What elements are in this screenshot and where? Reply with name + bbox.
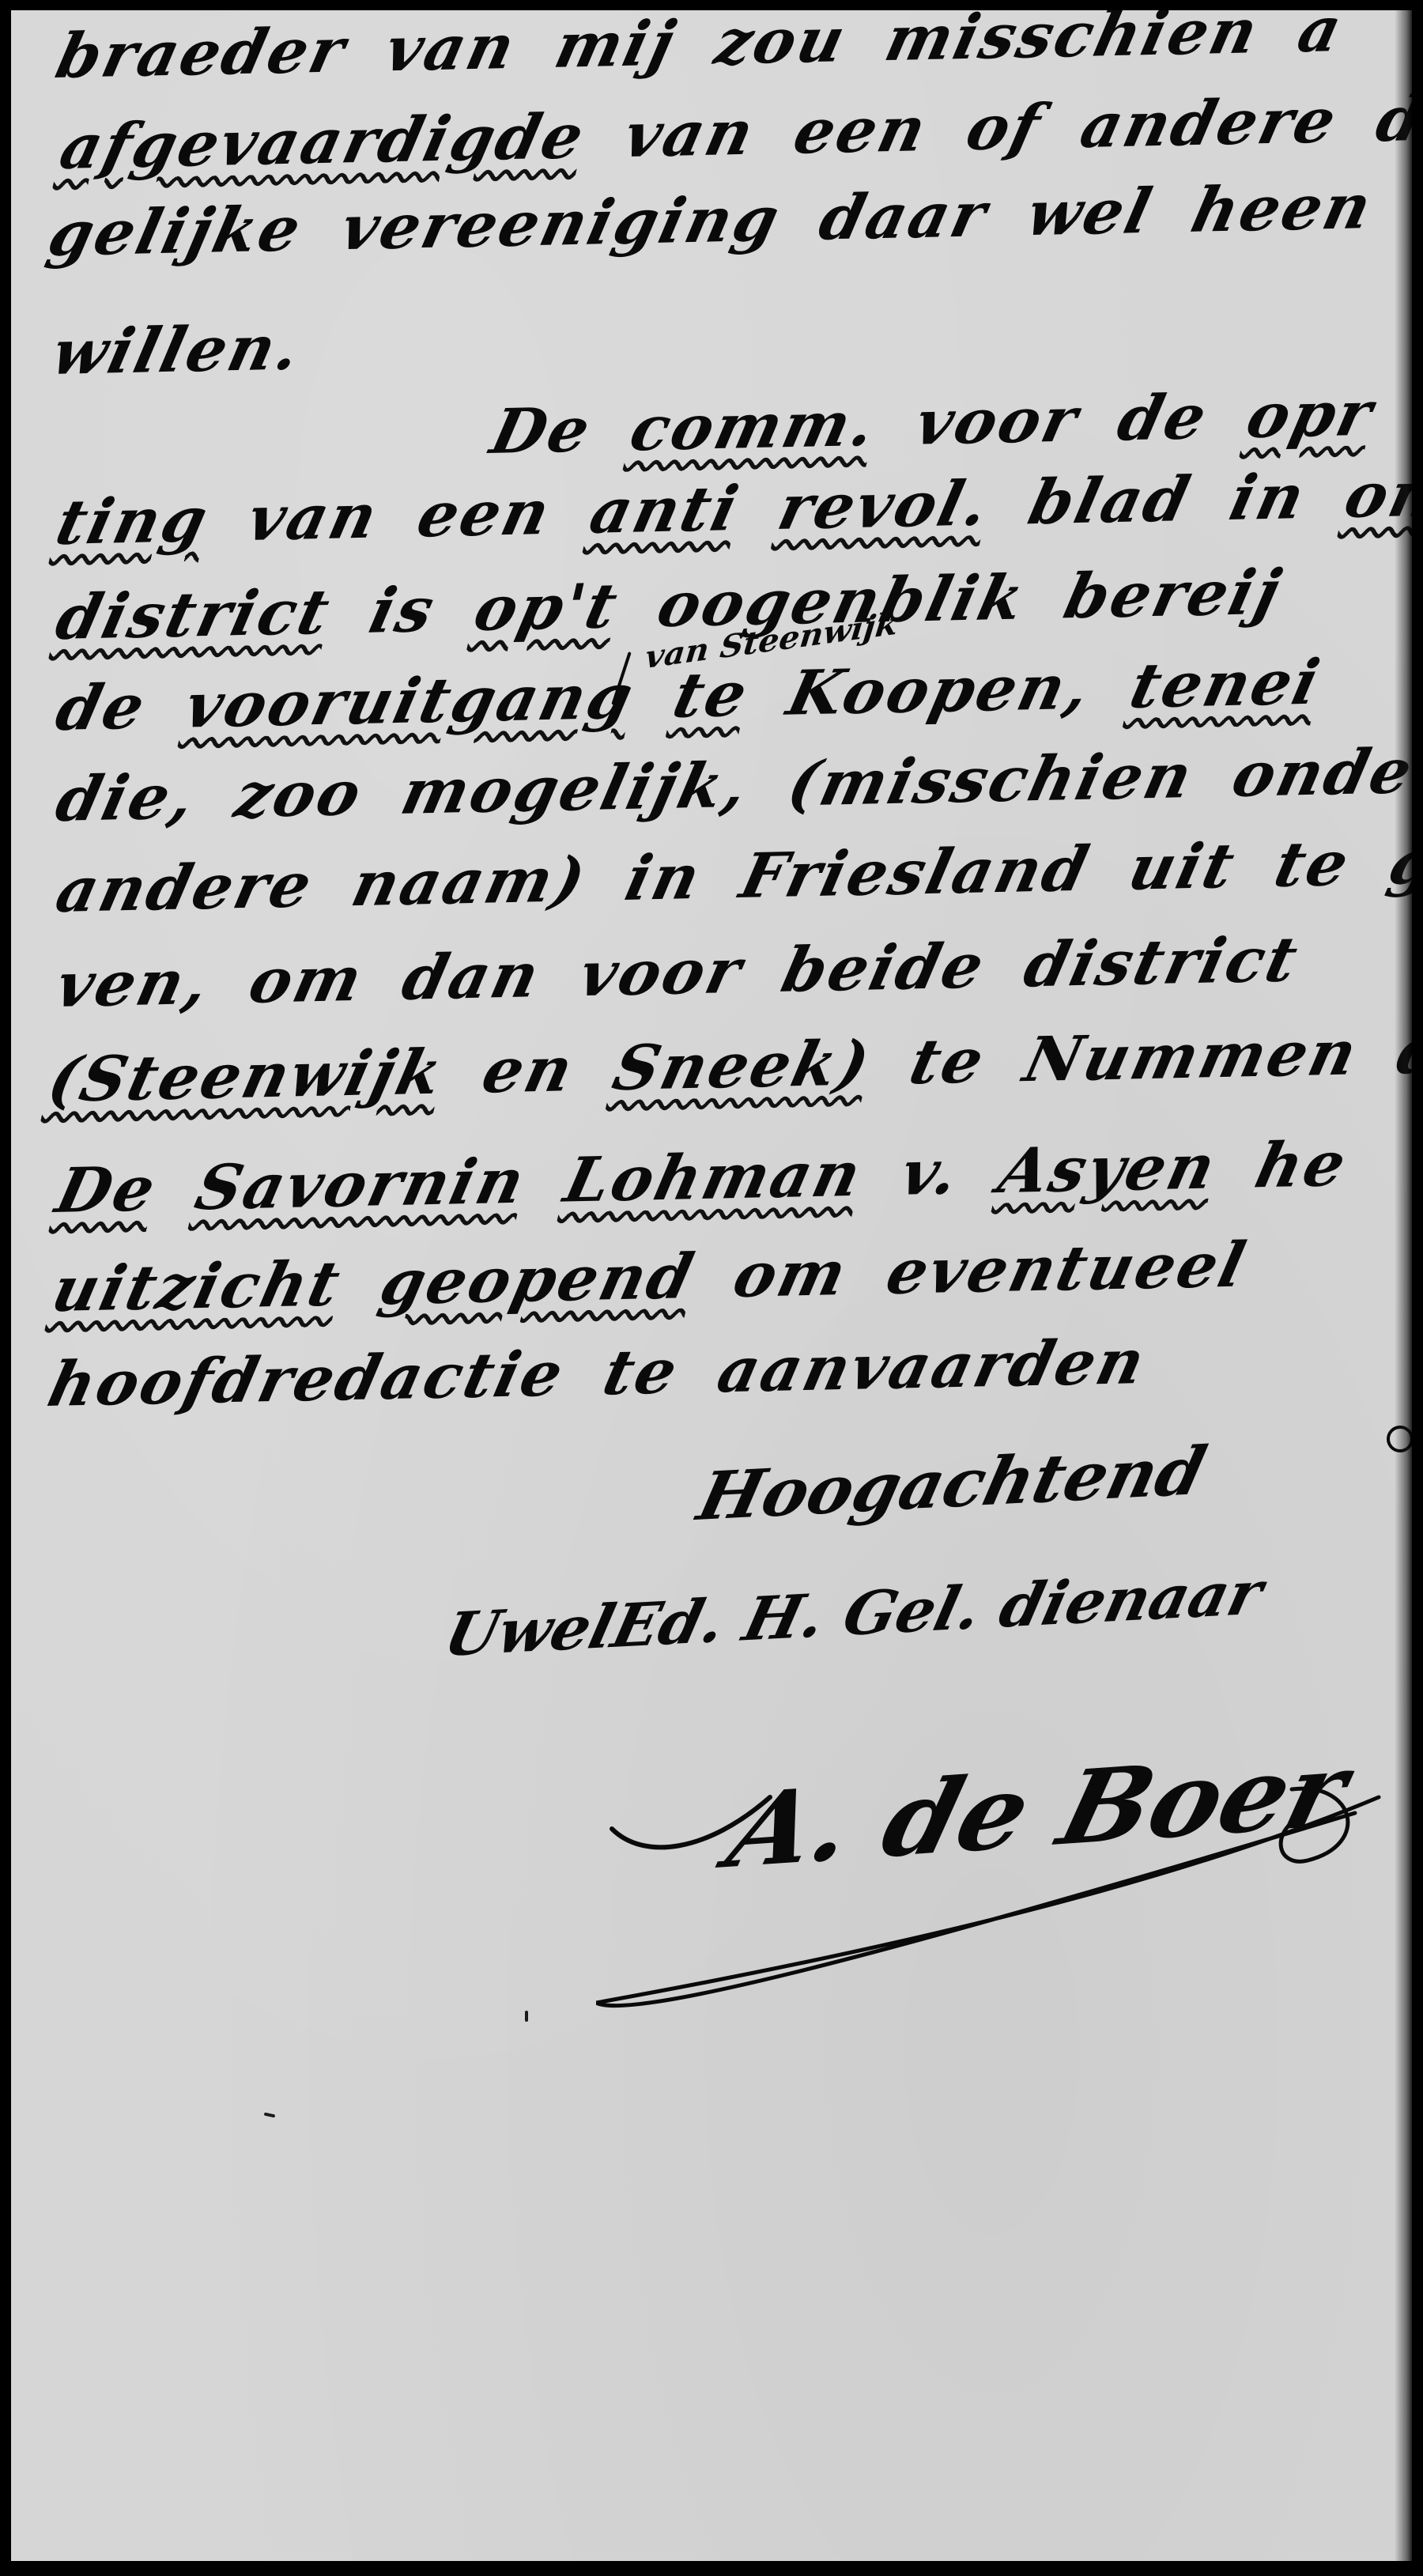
letter-line-14: uitzicht geopend om eventueel [47,1234,1270,1321]
word: onder [1227,740,1412,806]
letter-line-3: gelijke vereeniging daar wel heen [43,176,1396,266]
word-underlined: tenei [1125,652,1327,718]
word: naam) [346,849,593,916]
word: Nummen [1018,1023,1364,1092]
letter-line-8: de vooruitgang te Koopen, tenei [51,652,1344,740]
word: andere [51,855,319,922]
word-underlined: Asyen [993,1136,1222,1203]
word: De [485,399,598,463]
word-underlined: De [51,1158,163,1222]
word-underlined: uitzicht [47,1253,347,1321]
word: de [51,677,153,740]
word-underlined: Sneek) [607,1033,877,1100]
letter-line-1: braeder van mij zou misschien a [51,10,1367,88]
word: ven, [51,952,217,1017]
word: Koopen, [782,657,1097,725]
word: in [620,847,708,910]
word: in [1225,466,1312,530]
word: district [1019,929,1305,996]
word: willen. [47,318,308,384]
word: bereij [1059,562,1288,629]
word-underlined: district [51,582,337,649]
word: a [1293,10,1349,62]
scan-speck [525,2011,528,2022]
word: mij [549,13,682,77]
letter-line-11: ven, om dan voor beide district [51,929,1323,1017]
word: vereeniging [335,189,787,260]
word: een [788,99,934,163]
word: van [618,103,761,167]
word: zou [710,10,853,74]
word: aanvaarden [712,1331,1153,1402]
word: braeder [51,20,353,88]
word: Friesland [734,839,1096,908]
letter-line-6: ting van een anti revol. blad in ons [51,463,1412,554]
word: te [598,1341,685,1404]
word: mogelijk, [396,755,755,824]
word-underlined: anti [584,478,745,543]
letter-line-2: afgevaardigde van een of andere d [55,89,1412,179]
letter-line-12: (Steenwijk en Sneek) te Nummen di [43,1020,1412,1112]
word: misschien [880,10,1265,70]
letter-line-13: De Savornin Lohman v. Asyen he [51,1134,1371,1222]
word: di [1391,1021,1412,1084]
word-underlined: ons [1339,463,1412,527]
word: d [1371,89,1412,151]
word: en [477,1039,580,1102]
word: hoofdredactie [43,1343,570,1416]
word-underlined: revol. [773,473,996,538]
word: voor [574,941,749,1006]
closing-salutation: Hoogachtend [691,1431,1214,1535]
letter-line-5: De comm. voor de opr [485,383,1397,463]
word: te [904,1030,991,1093]
word: of [961,96,1047,160]
word: van [379,17,522,81]
scan-speck [264,2113,276,2118]
letter-line-9: die, zoo mogelijk, (misschien onder [51,740,1412,831]
scan-speck [1387,1426,1412,1452]
word: heen [1186,176,1379,242]
word: voor [910,390,1085,455]
word-underlined: (Steenwijk [43,1042,450,1112]
word: een [412,482,557,546]
word-underlined: comm. [625,394,882,460]
word-underlined: op't [469,576,625,640]
letter-line-15: hoofdredactie te aanvaarden [43,1331,1169,1416]
word: om [243,949,369,1013]
word-underlined: afgevaardigde [55,106,591,179]
word: is [364,580,442,643]
word-underlined: Lohman [559,1144,868,1212]
word: beide [776,936,991,1002]
signature: A. de Boer [596,1734,1387,2034]
word: andere [1075,90,1344,157]
closing-courtesy: UwelEd. H. Gel. dienaar [438,1558,1270,1670]
word-underlined: ting [51,489,215,554]
letter-line-4: willen. [47,317,325,384]
letter-line-10: andere naam) in Friesland uit te g [51,831,1412,922]
word: g [1383,832,1412,894]
word-underlined: vooruitgang [179,667,640,738]
word: zoo [229,763,368,827]
word-underlined: Savornin [190,1151,531,1220]
word: dan [397,945,546,1010]
word: gelijke [43,198,308,266]
word: eventueel [881,1235,1252,1304]
word-underlined: geopend [375,1246,700,1314]
word-underlined: te [668,664,755,727]
word: wel [1021,181,1159,245]
word: de [1112,387,1214,450]
word-underlined: opr [1241,383,1380,448]
word: daar [814,184,995,249]
word: v. [896,1142,966,1204]
word: (misschien [783,746,1199,816]
word: om [728,1243,854,1307]
word: te [1269,833,1356,897]
letter-page: braeder van mij zou misschien a afgevaar… [11,10,1412,2561]
word: die, [51,766,202,831]
word: blad [1023,469,1197,534]
word: van [242,486,384,550]
word: he [1250,1134,1353,1197]
word: uit [1123,836,1242,900]
